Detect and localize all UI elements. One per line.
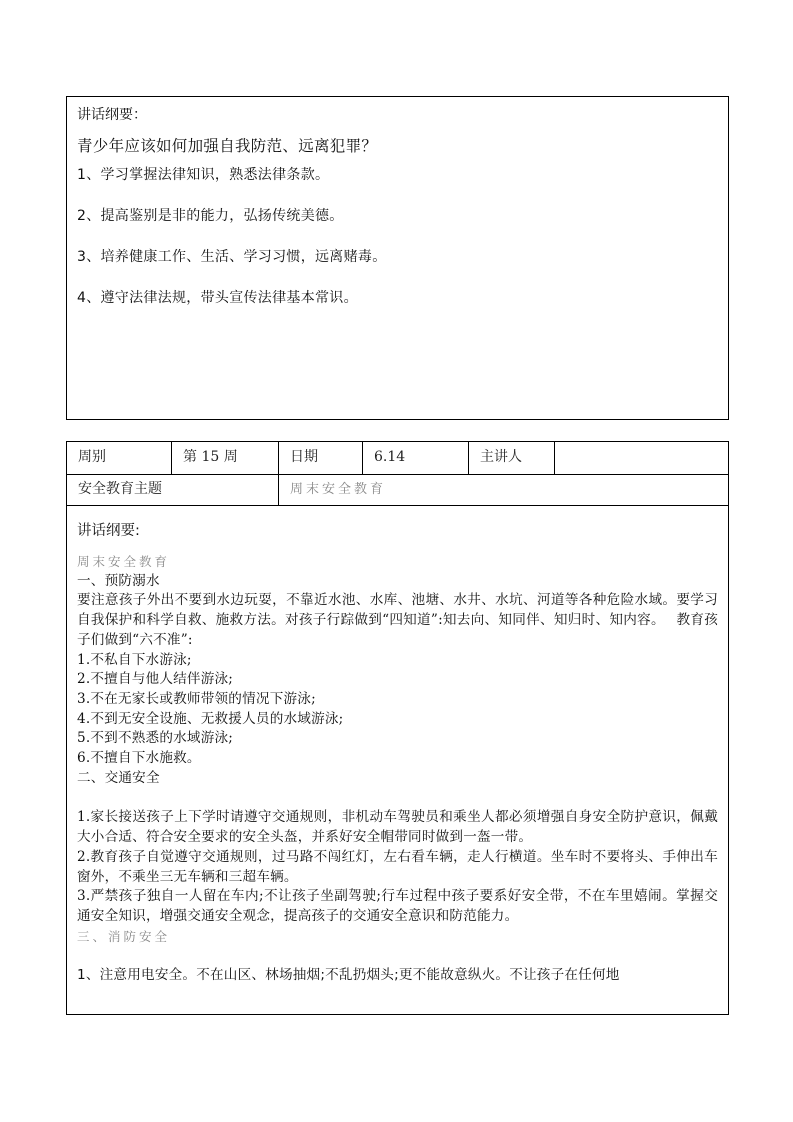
speaker-label: 主讲人 [469,442,555,474]
weekly-safety-lesson-table: 周别 第 15 周 日期 6.14 主讲人 安全教育主题 周末安全教育 讲话纲要… [66,441,729,1015]
rule-item: 5.不到不熟悉的水域游泳; [77,729,718,749]
outline-label: 讲话纲要： [77,105,718,125]
section-intro-drowning: 要注意孩子外出不要到水边玩耍，不靠近水池、水库、池塘、水井、水坑、河道等各种危险… [77,591,718,650]
date-label: 日期 [279,442,363,474]
theme-value: 周末安全教育 [279,475,728,505]
outline-item: 1、学习掌握法律知识，熟悉法律条款。 [77,165,718,185]
outline-question: 青少年应该如何加强自我防范、远离犯罪？ [77,135,718,157]
outline-label: 讲话纲要: [77,520,718,542]
section-title-traffic: 二、交通安全 [77,769,718,789]
rule-item: 6.不擅自下水施救。 [77,749,718,769]
theme-label: 安全教育主题 [67,475,279,505]
fire-item: 1、注意用电安全。不在山区、林场抽烟;不乱扔烟头;更不能故意纵火。不让孩子在任何… [77,966,718,986]
outline-item: 2、提高鉴别是非的能力，弘扬传统美德。 [77,206,718,226]
outline-box-youth-crime-prevention: 讲话纲要： 青少年应该如何加强自我防范、远离犯罪？ 1、学习掌握法律知识，熟悉法… [66,96,729,420]
outline-item: 3、培养健康工作、生活、学习习惯，远离赌毒。 [77,247,718,267]
week-value: 第 15 周 [172,442,279,474]
section-title-drowning: 一、预防溺水 [77,572,718,592]
rule-item: 1.不私自下水游泳; [77,651,718,671]
traffic-item: 3.严禁孩子独自一人留在车内;不让孩子坐副驾驶;行车过程中孩子要系好安全带，不在… [77,887,718,926]
header-row: 周别 第 15 周 日期 6.14 主讲人 [67,442,728,475]
week-label: 周别 [67,442,172,474]
traffic-item: 1.家长接送孩子上下学时请遵守交通规则，非机动车驾驶员和乘坐人都必须增强自身安全… [77,808,718,847]
outline-content: 讲话纲要: 周末安全教育 一、预防溺水 要注意孩子外出不要到水边玩耍，不靠近水池… [67,506,728,986]
rule-item: 3.不在无家长或教师带领的情况下游泳; [77,690,718,710]
section-title-fire: 三、消防安全 [77,927,718,947]
traffic-item: 2.教育孩子自觉遵守交通规则，过马路不闯红灯，左右看车辆，走人行横道。坐车时不要… [77,848,718,887]
date-value: 6.14 [363,442,469,474]
rule-item: 4.不到无安全设施、无救援人员的水域游泳; [77,710,718,730]
speaker-value [555,442,728,474]
theme-row: 安全教育主题 周末安全教育 [67,475,728,506]
rule-item: 2.不擅自与他人结伴游泳; [77,670,718,690]
outline-item: 4、遵守法律法规，带头宣传法律基本常识。 [77,288,718,308]
outline-subtitle: 周末安全教育 [77,552,718,572]
